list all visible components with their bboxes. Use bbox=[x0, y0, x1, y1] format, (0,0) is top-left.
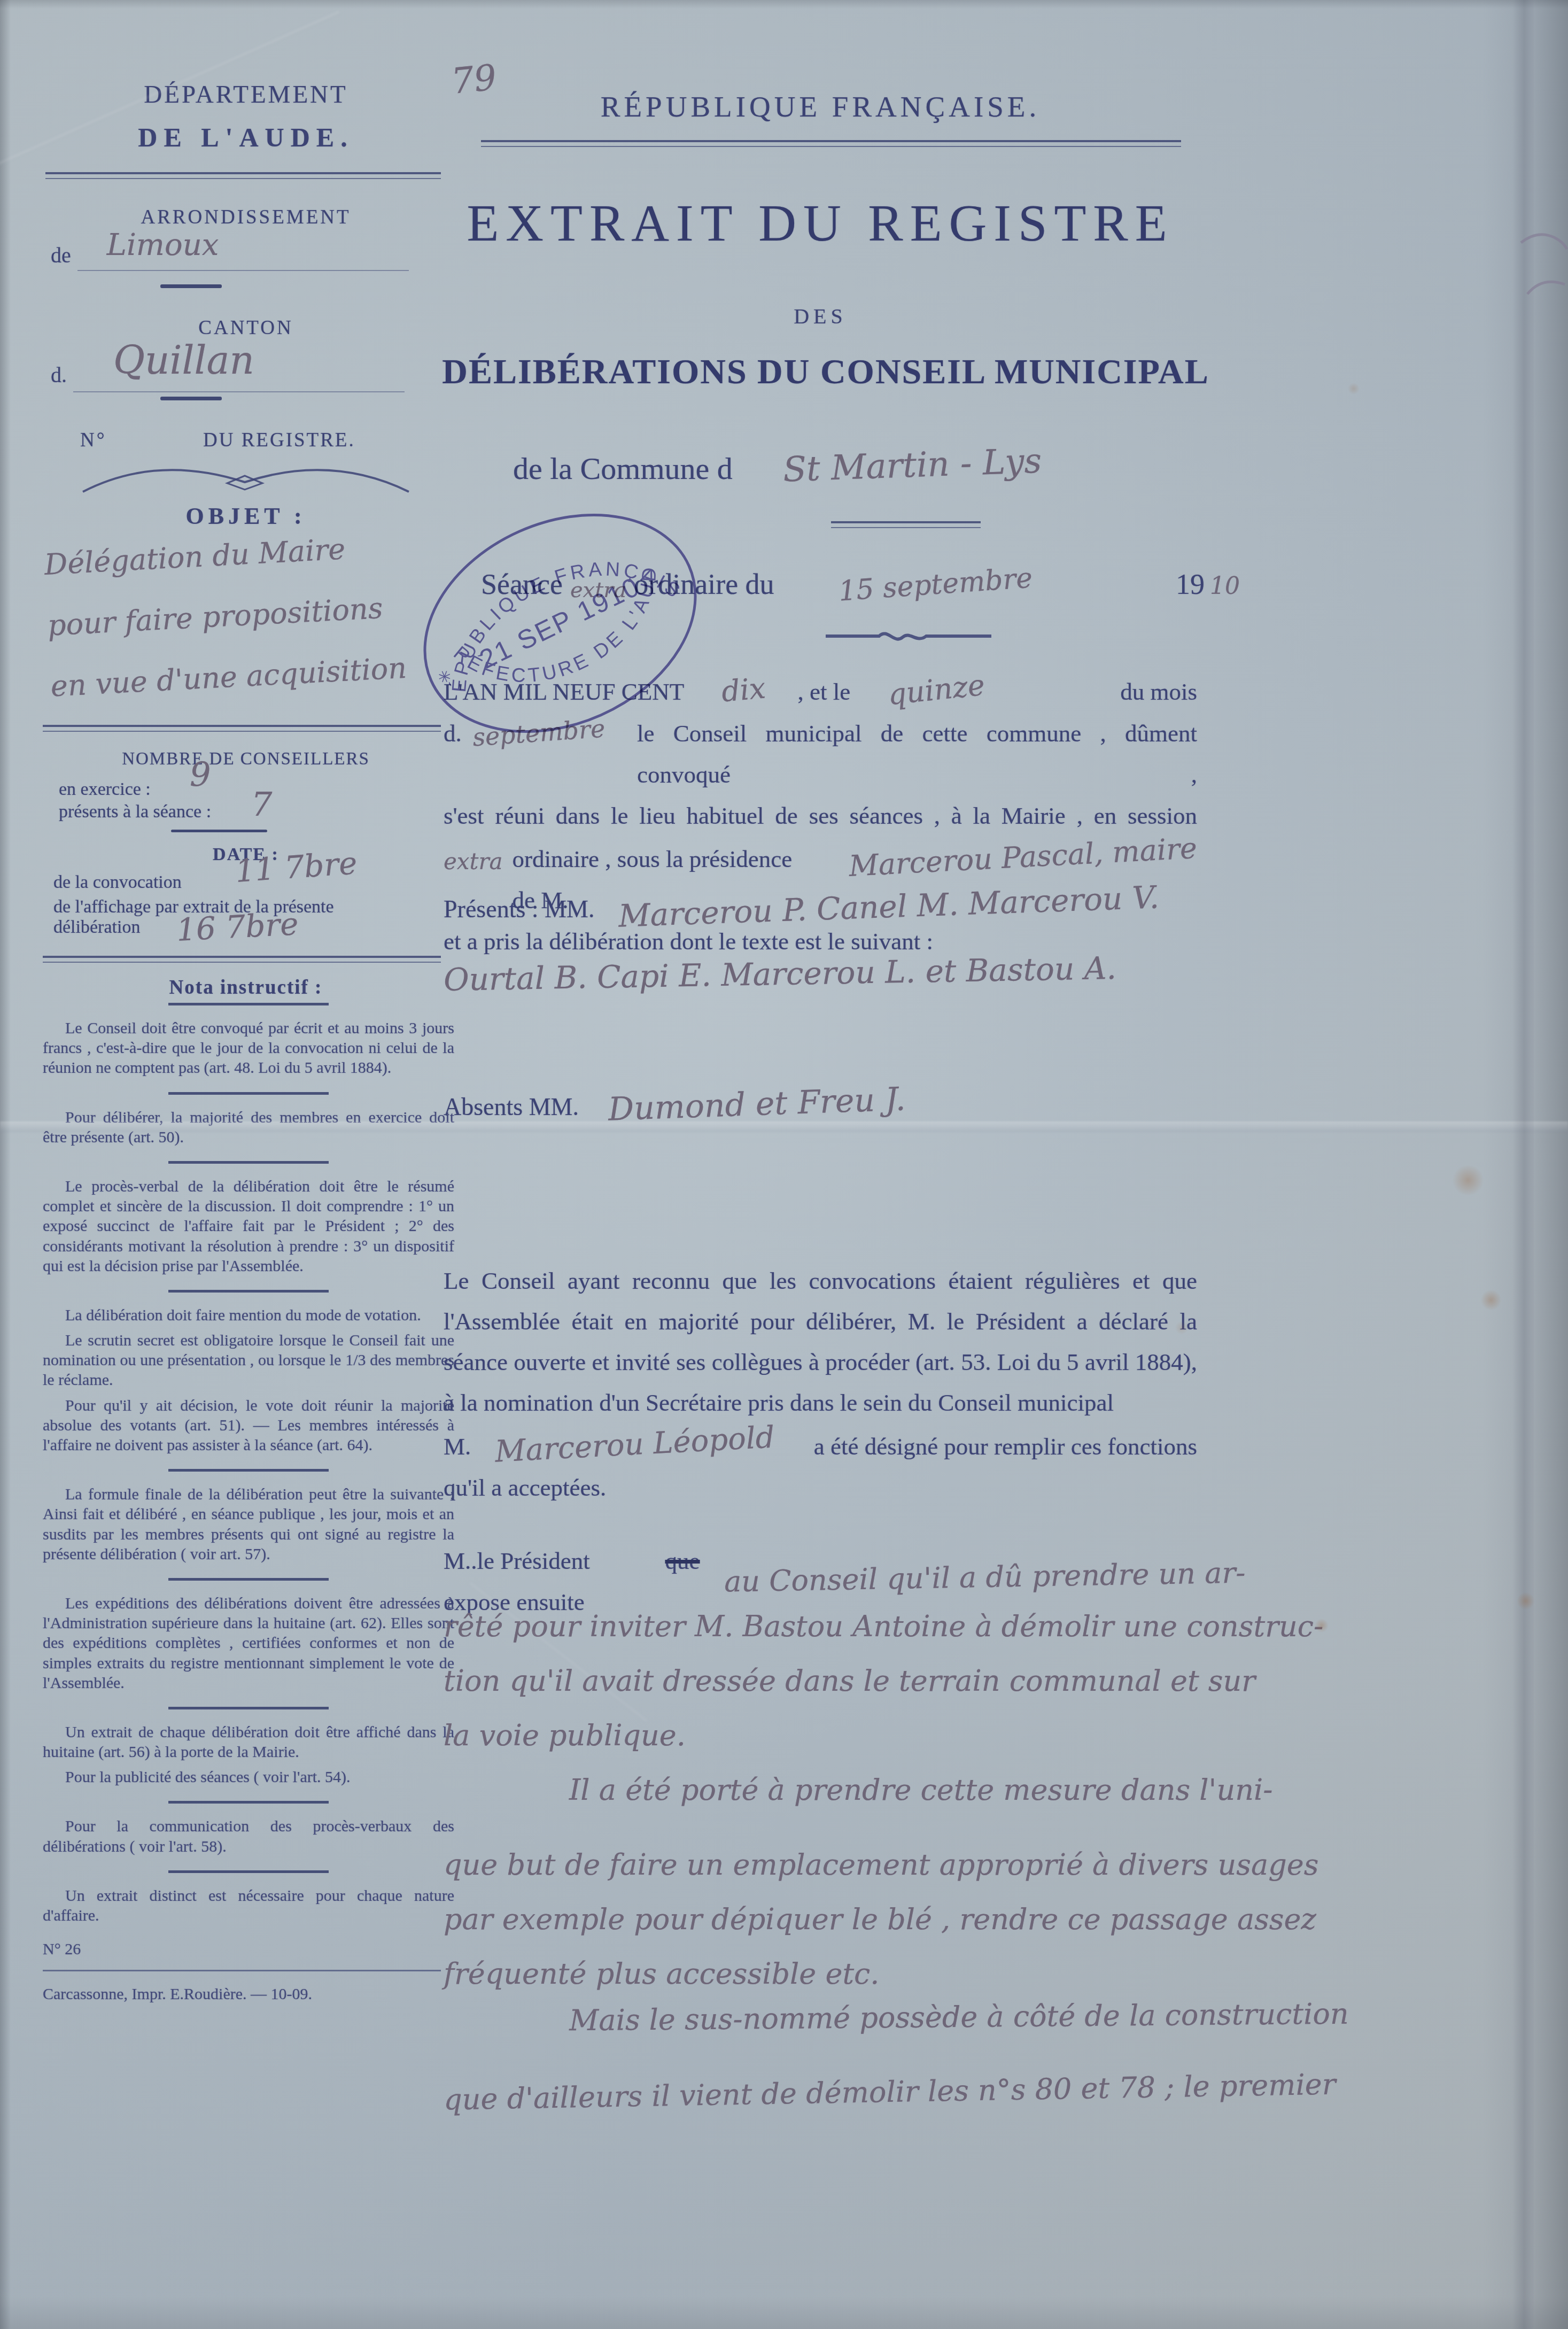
nota-paragraph: Pour la communication des procès-verbaux… bbox=[43, 1816, 454, 1856]
divider bbox=[160, 284, 222, 288]
divider bbox=[168, 1161, 329, 1164]
presents-label: Présents : MM. bbox=[444, 888, 594, 930]
divider bbox=[171, 830, 267, 832]
session-extra-hw: extra bbox=[444, 841, 503, 882]
nota-paragraph: Le procès-verbal de la délibération doit… bbox=[43, 1177, 454, 1276]
nota-paragraph: Le scrutin secret est obligatoire lorsqu… bbox=[43, 1330, 454, 1390]
foxing-spot bbox=[1449, 1165, 1487, 1195]
prefecture-stamp: RÉPUBLIQUE FRANÇAISE PRÉFECTURE DE L'AUD… bbox=[400, 491, 720, 753]
secretary-line: M. Marcerou Léopold a été désigné pour r… bbox=[444, 1424, 1197, 1467]
divider bbox=[168, 1578, 329, 1581]
recognition-block: Le Conseil ayant reconnu que les convoca… bbox=[444, 1260, 1197, 1508]
page-fold-shadow bbox=[1512, 0, 1534, 2329]
canton-de: d. bbox=[51, 363, 67, 387]
nota-instructif: Le Conseil doit être convoqué par écrit … bbox=[43, 1001, 454, 2010]
affichage-value: 16 7bre bbox=[175, 906, 299, 948]
handwritten-block-b: que but de faire un emplacement appropri… bbox=[444, 1838, 1256, 2001]
presents-count-label: présents à la séance : bbox=[59, 802, 211, 822]
divider bbox=[831, 521, 981, 528]
nota-paragraph: La formule finale de la délibération peu… bbox=[43, 1484, 454, 1564]
lan-etle: , et le bbox=[797, 671, 850, 713]
departement-heading: DÉPARTEMENT bbox=[37, 80, 454, 109]
divider bbox=[168, 1290, 329, 1293]
divider bbox=[43, 956, 441, 963]
form-number: N° 26 bbox=[43, 1939, 454, 1959]
republique-heading: RÉPUBLIQUE FRANÇAISE. bbox=[444, 90, 1197, 123]
convocation-label: de la convocation bbox=[53, 872, 182, 893]
seance-year-print: 19 bbox=[1176, 564, 1205, 605]
canton-label: CANTON bbox=[37, 316, 454, 339]
divider bbox=[168, 1707, 329, 1709]
document-photo: DÉPARTEMENT DE L'AUDE. ARRONDISSEMENT de… bbox=[0, 0, 1568, 2329]
lan-dumois: du mois bbox=[1120, 671, 1197, 713]
divider bbox=[168, 1801, 329, 1804]
en-exercice-value: 9 bbox=[190, 755, 211, 794]
arrondissement-label: ARRONDISSEMENT bbox=[37, 206, 454, 229]
divider bbox=[43, 1970, 441, 1971]
divider bbox=[160, 397, 222, 400]
nota-paragraph: Un extrait distinct est nécessaire pour … bbox=[43, 1886, 454, 1925]
canton-line: d. Quillan bbox=[51, 346, 441, 392]
horizontal-crease bbox=[0, 1121, 1568, 1132]
foxing-spot bbox=[1347, 383, 1361, 394]
hw-line: que but de faire un emplacement appropri… bbox=[444, 1838, 1256, 1892]
nota-paragraph: Pour qu'il y ait décision, le vote doit … bbox=[43, 1396, 454, 1456]
affichage-label-line2: délibération bbox=[53, 917, 140, 938]
hw-line: fréquenté plus accessible etc. bbox=[444, 1947, 1256, 2001]
recognition-paragraph: Le Conseil ayant reconnu que les convoca… bbox=[444, 1260, 1197, 1423]
nota-paragraph: Le Conseil doit être convoqué par écrit … bbox=[43, 1018, 454, 1078]
registre-label: DU REGISTRE. bbox=[203, 429, 355, 452]
arrondissement-line: de Limoux bbox=[51, 235, 441, 271]
arrondissement-de: de bbox=[51, 243, 71, 267]
nota-paragraph: Les expéditions des délibérations doiven… bbox=[43, 1593, 454, 1693]
divider bbox=[43, 725, 441, 732]
divider bbox=[168, 1003, 329, 1005]
en-exercice-label: en exercice : bbox=[59, 779, 151, 800]
hw-line: la voie publique. bbox=[444, 1708, 1256, 1763]
des-subtitle: DES bbox=[444, 304, 1197, 329]
printer-imprint: Carcassonne, Impr. E.Roudière. — 10-09. bbox=[43, 1984, 454, 2004]
m-label: M. bbox=[444, 1426, 471, 1467]
secretary-hw: Marcerou Léopold bbox=[494, 1417, 776, 1472]
hw-line: Il a été porté à prendre cette mesure da… bbox=[444, 1763, 1256, 1817]
nota-paragraph: Pour la publicité des séances ( voir l'a… bbox=[43, 1767, 454, 1787]
absents-line: Absents MM. Dumond et Freu J. bbox=[444, 1084, 1229, 1127]
lan-year-hw: dix bbox=[720, 668, 767, 713]
squiggle-divider bbox=[823, 624, 994, 646]
divider bbox=[168, 1092, 329, 1095]
body-line: s'est réuni dans le lieu habituel de ses… bbox=[444, 795, 1197, 837]
divider bbox=[45, 172, 441, 179]
conseillers-heading: NOMBRE DE CONSEILLERS bbox=[37, 749, 454, 769]
deliberations-title: DÉLIBÉRATIONS DU CONSEIL MUNICIPAL bbox=[438, 352, 1213, 392]
divider bbox=[168, 1870, 329, 1873]
hw-line: Mais le sus-nommé possède à côté de la c… bbox=[569, 1997, 1349, 2038]
lan-day-hw: quinze bbox=[886, 664, 987, 716]
foxing-spot bbox=[1314, 1619, 1330, 1632]
nota-heading: Nota instructif : bbox=[37, 976, 454, 999]
expose-struck-word: que bbox=[665, 1541, 700, 1582]
commune-value: St Martin - Lys bbox=[782, 442, 1043, 490]
presents-count-value: 7 bbox=[251, 785, 272, 824]
functions-line: a été désigné pour remplir ces fonctions bbox=[814, 1426, 1197, 1467]
commune-prefix: de la Commune d bbox=[513, 451, 733, 486]
hw-line: tion qu'il avait dressée dans le terrain… bbox=[444, 1654, 1256, 1708]
nota-paragraph: Un extrait de chaque délibération doit ê… bbox=[43, 1722, 454, 1762]
arrondissement-value: Limoux bbox=[107, 228, 219, 262]
hw-line: rêté pour inviter M. Bastou Antoine à dé… bbox=[444, 1599, 1256, 1654]
convocation-value: 11 7bre bbox=[234, 845, 359, 889]
divider bbox=[481, 140, 1181, 147]
hw-line: que d'ailleurs il vient de démolir les n… bbox=[444, 2067, 1336, 2116]
presents-line: Présents : MM. Marcerou P. Canel M. Marc… bbox=[444, 886, 1229, 930]
divider bbox=[168, 1469, 329, 1472]
canton-value: Quillan bbox=[113, 338, 254, 383]
hw-line: par exemple pour dépiquer le blé , rendr… bbox=[444, 1892, 1256, 1947]
foxing-spot bbox=[1174, 1321, 1190, 1334]
seance-year-hw: 10 bbox=[1210, 566, 1240, 607]
presents-names-1: Marcerou P. Canel M. Marcerou V. bbox=[618, 877, 1160, 937]
lan-rest1: le Conseil municipal de cette commune , … bbox=[637, 713, 1197, 795]
expose-hw-line1: au Conseil qu'il a dû prendre un ar- bbox=[724, 1552, 1246, 1602]
numero-label: N° bbox=[80, 429, 107, 452]
seance-date-hw: 15 septembre bbox=[837, 558, 1034, 612]
handwritten-block-a: rêté pour inviter M. Bastou Antoine à dé… bbox=[444, 1599, 1256, 1817]
objet-handwritten: Délégation du Maire pour faire propositi… bbox=[43, 516, 408, 717]
flourish-ornament bbox=[75, 459, 417, 501]
foxing-spot bbox=[1479, 1289, 1503, 1311]
foxing-spot bbox=[1516, 1592, 1536, 1610]
extrait-title: EXTRAIT DU REGISTRE bbox=[444, 194, 1197, 253]
nota-paragraph: La délibération doit faire mention du mo… bbox=[43, 1305, 454, 1325]
departement-name: DE L'AUDE. bbox=[37, 122, 454, 153]
accepted-line: qu'il a acceptées. bbox=[444, 1467, 1197, 1508]
commune-line: de la Commune d St Martin - Lys bbox=[513, 448, 1042, 488]
edge-handwriting-marks bbox=[1511, 223, 1568, 314]
